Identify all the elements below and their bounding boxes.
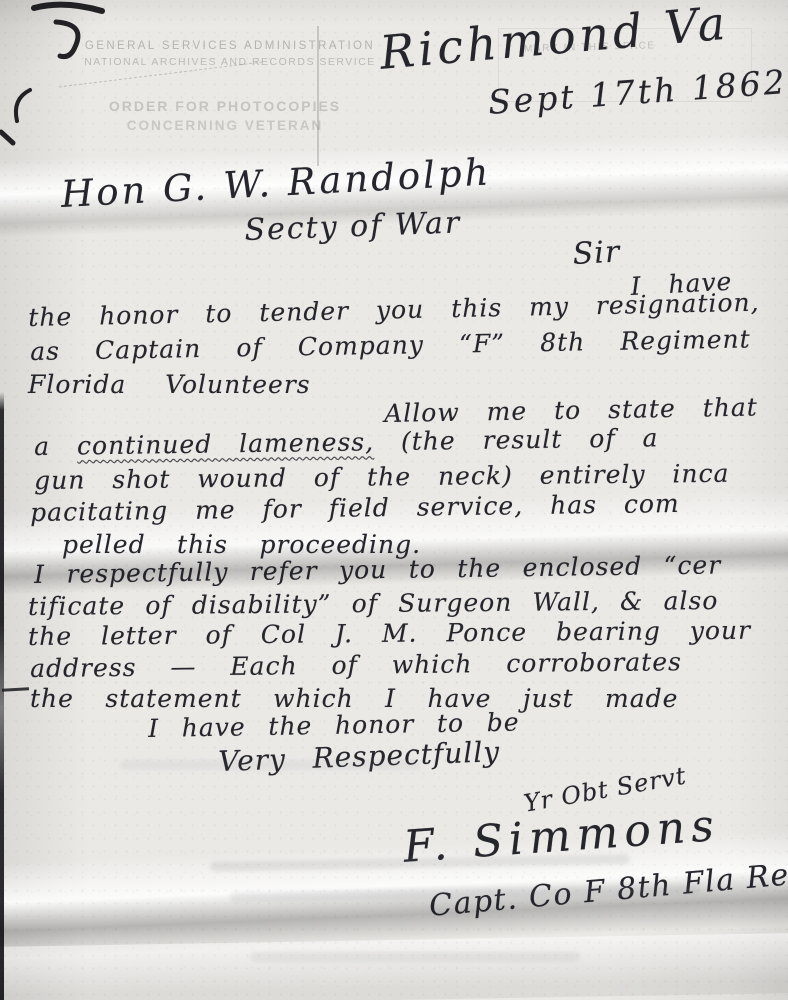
body-line-5: a continued lameness, (the result of a xyxy=(34,425,659,459)
heading-place: Richmond Va xyxy=(378,0,731,76)
body-line-6: gun shot wound of the neck) entirely inc… xyxy=(34,461,730,493)
body-line-1: the honor to tender you this my resignat… xyxy=(28,290,760,330)
scan-dashed-line xyxy=(59,62,263,88)
signature-name: F. Simmons xyxy=(402,804,721,870)
photocopy-stamp: ORDER FOR PHOTOCOPIES CONCERNING VETERAN xyxy=(100,98,350,133)
body-line-2: as Captain of Company “F” 8th Regiment xyxy=(30,326,751,364)
body-line-8: pelled this proceeding. xyxy=(62,532,421,557)
body-line-10: tificate of disability” of Surgeon Wall,… xyxy=(28,588,718,619)
body-line-7: pacitating me for field service, has com xyxy=(30,491,680,525)
archive-stamp: GENERAL SERVICES ADMINISTRATION NATIONAL… xyxy=(80,40,380,68)
body-line-4: Allow me to state that xyxy=(384,394,758,426)
body-line-5-prefix: a xyxy=(34,431,77,461)
paper-crease-footer xyxy=(0,933,788,1000)
pen-mark-stroke xyxy=(34,5,102,11)
body-line-9: I respectfully refer you to the enclosed… xyxy=(34,552,721,587)
closing-line-2: Very Respectfully xyxy=(218,738,501,776)
photocopy-stamp-line2: CONCERNING VETERAN xyxy=(100,118,350,133)
salutation: Sir xyxy=(572,238,621,270)
scan-edge-dash xyxy=(2,687,29,691)
scan-vertical-line xyxy=(317,26,319,166)
pen-marks-top-left xyxy=(0,0,150,160)
body-line-13: the statement which I have just made xyxy=(30,686,678,711)
pen-mark-stroke xyxy=(1,132,13,143)
pen-mark-stroke xyxy=(56,22,78,57)
addressee-title: Secty of War xyxy=(244,208,462,246)
body-line-5-suffix: (the result of a xyxy=(374,423,659,456)
body-line-3: Florida Volunteers xyxy=(28,372,311,397)
pen-mark-stroke xyxy=(16,90,30,121)
scan-edge-line xyxy=(0,392,4,1000)
addressee-name: Hon G. W. Randolph xyxy=(60,153,492,213)
archive-stamp-line1: GENERAL SERVICES ADMINISTRATION xyxy=(80,40,380,52)
heading-date: Sept 17th 1862 xyxy=(487,65,788,119)
body-line-5-underlined: continued lameness, xyxy=(77,427,374,460)
body-line-11: the letter of Col J. M. Ponce bearing yo… xyxy=(28,618,751,649)
body-line-12: address — Each of which corroborates xyxy=(30,649,682,681)
scanned-letter-page: GENERAL SERVICES ADMINISTRATION NATIONAL… xyxy=(0,0,788,1000)
bleed-through-streak xyxy=(250,952,580,962)
photocopy-stamp-line1: ORDER FOR PHOTOCOPIES xyxy=(100,98,350,114)
